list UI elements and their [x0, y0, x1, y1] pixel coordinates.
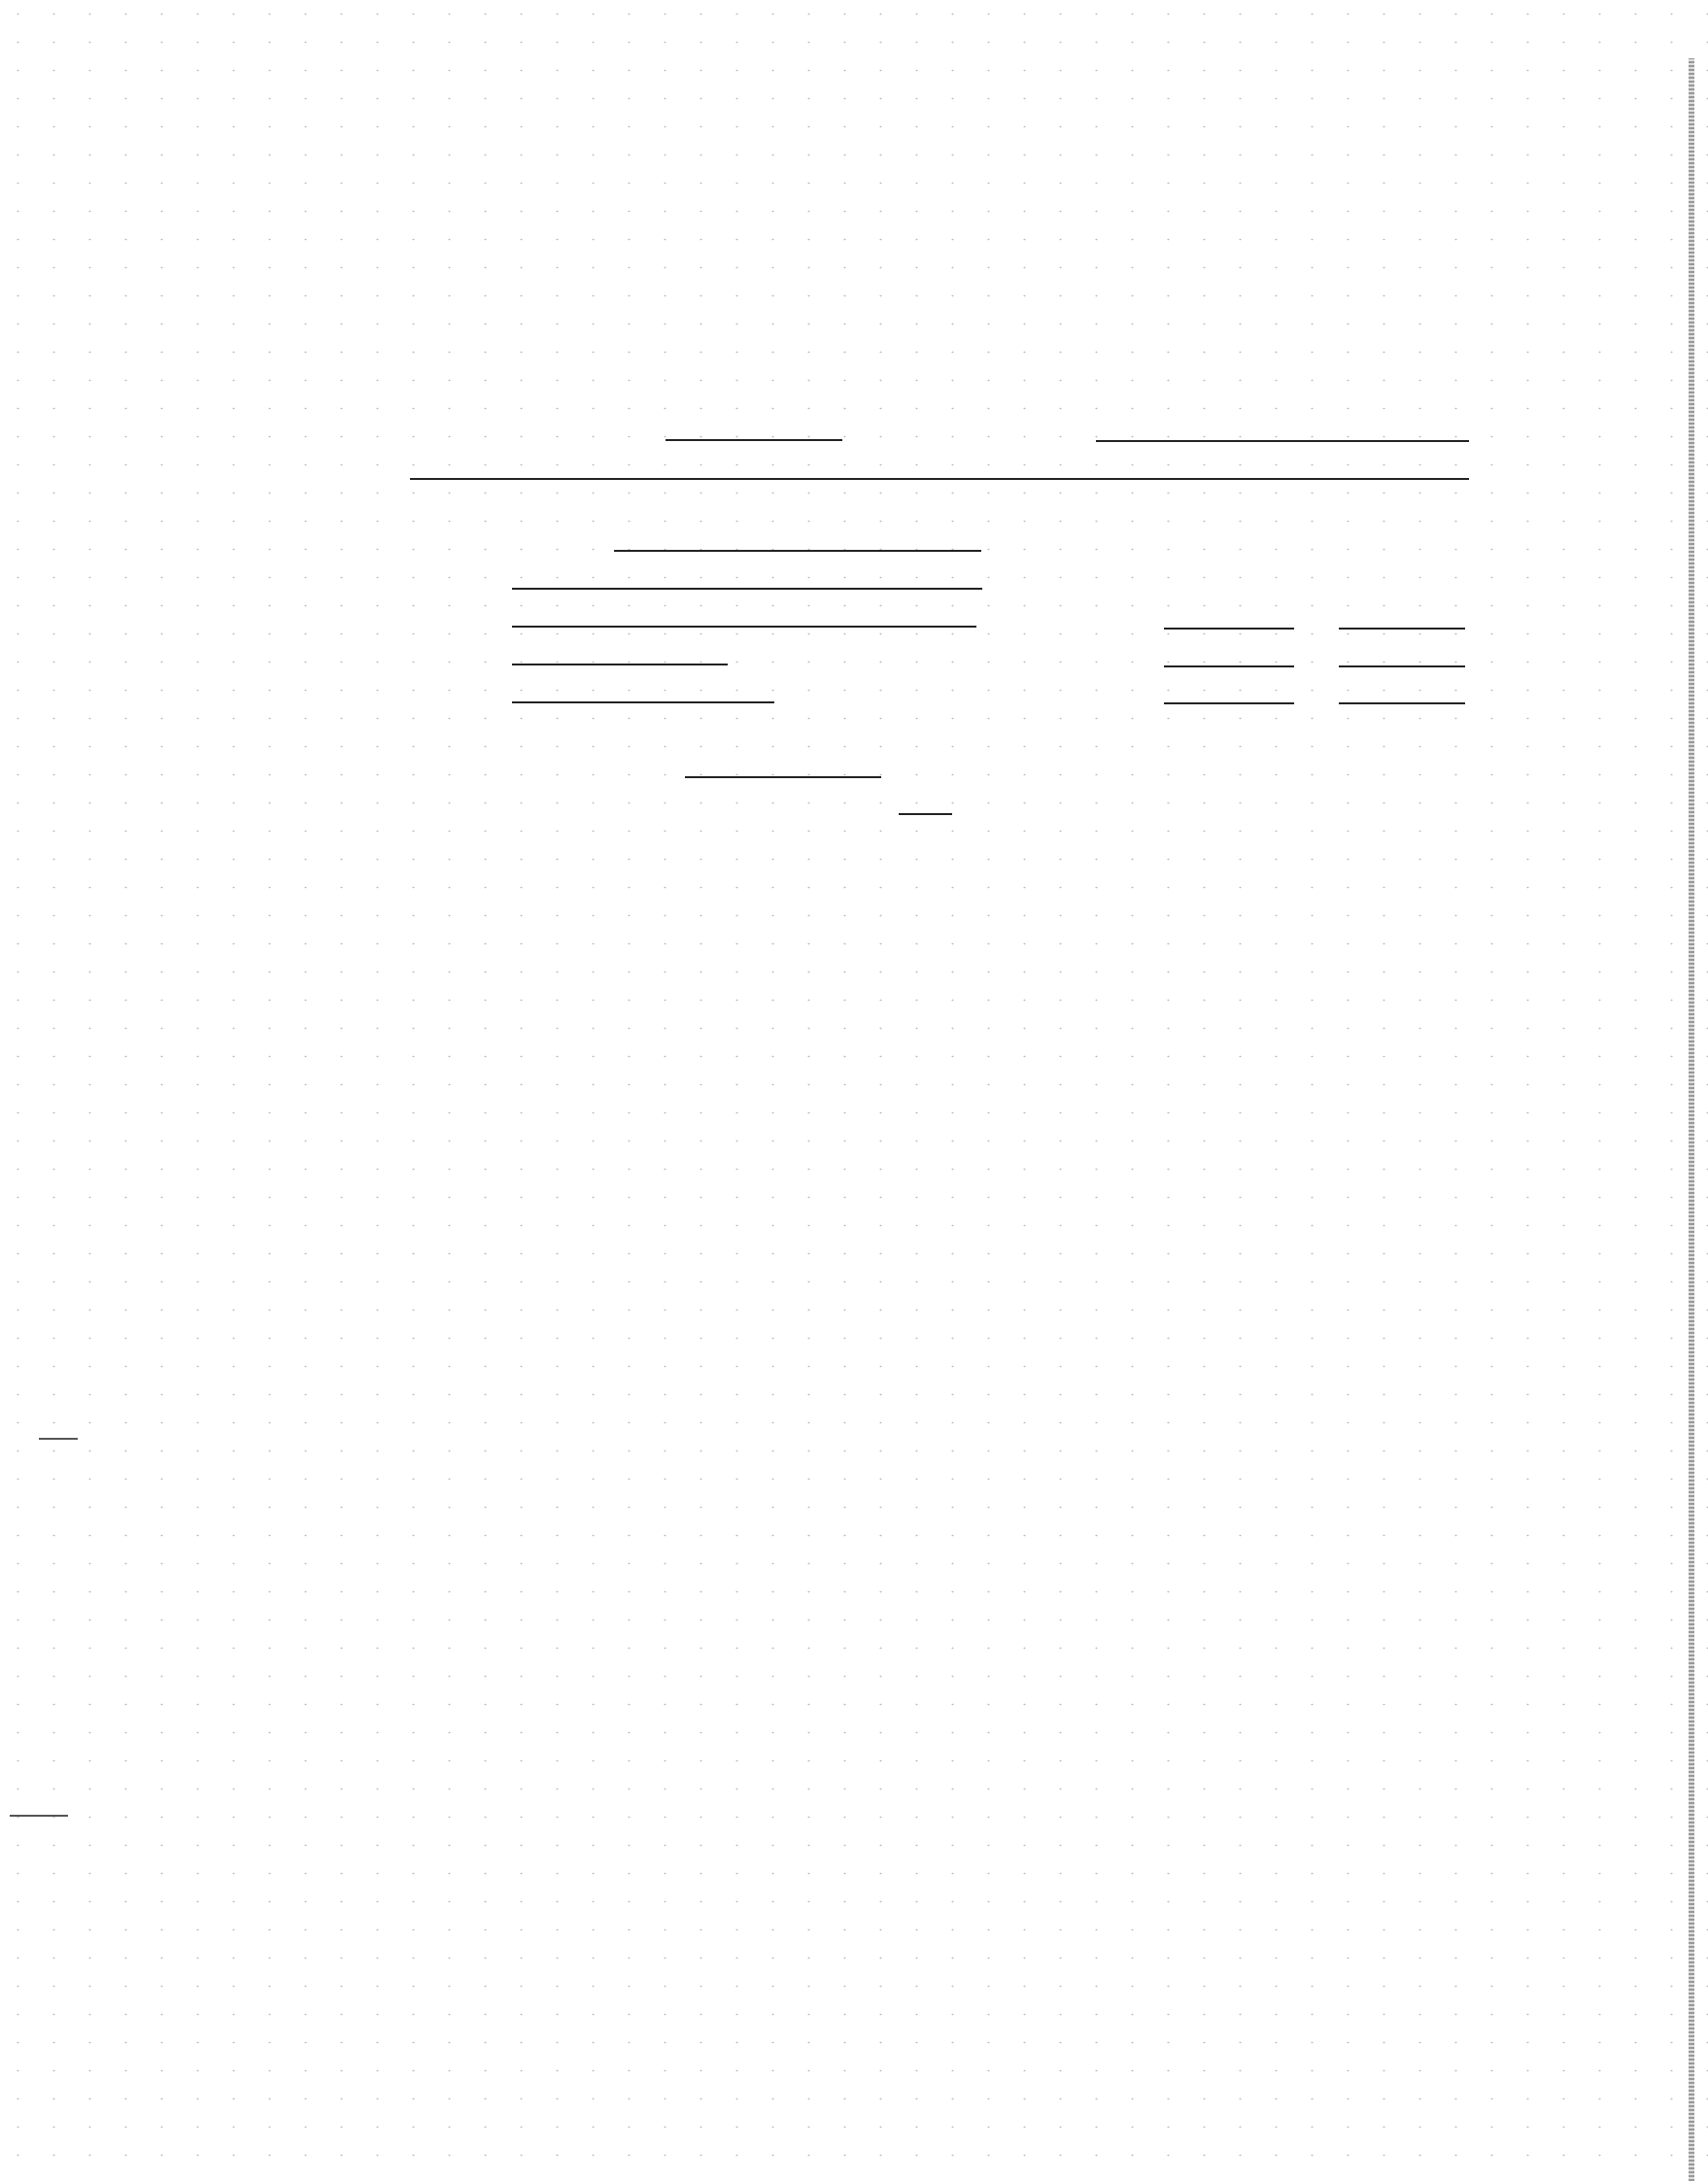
- push1-wop-line: [899, 813, 952, 815]
- page-edge-shadow: [1689, 58, 1694, 2181]
- tide-evening-time-field[interactable]: [1164, 702, 1294, 704]
- scanned-form-page: [0, 0, 1708, 2181]
- coordinate-x-line: [512, 588, 982, 590]
- margin-mark: [10, 1815, 68, 1817]
- date-line: [1096, 440, 1469, 442]
- tide-midday-time-field[interactable]: [1164, 665, 1294, 667]
- delivery-order-line: [666, 439, 842, 441]
- pipe-length-line: [512, 701, 774, 703]
- tide-morning-time-field[interactable]: [1164, 628, 1294, 630]
- water-depth-line: [512, 664, 728, 665]
- project-line: [410, 478, 1469, 480]
- location-id-line: [614, 550, 981, 552]
- tide-evening-reading-field[interactable]: [1339, 702, 1465, 704]
- margin-mark: [39, 1438, 78, 1440]
- tide-morning-reading-field[interactable]: [1339, 628, 1465, 630]
- coordinate-y-line: [512, 626, 976, 628]
- push1-time-line: [685, 776, 881, 778]
- tide-midday-reading-field[interactable]: [1339, 665, 1465, 667]
